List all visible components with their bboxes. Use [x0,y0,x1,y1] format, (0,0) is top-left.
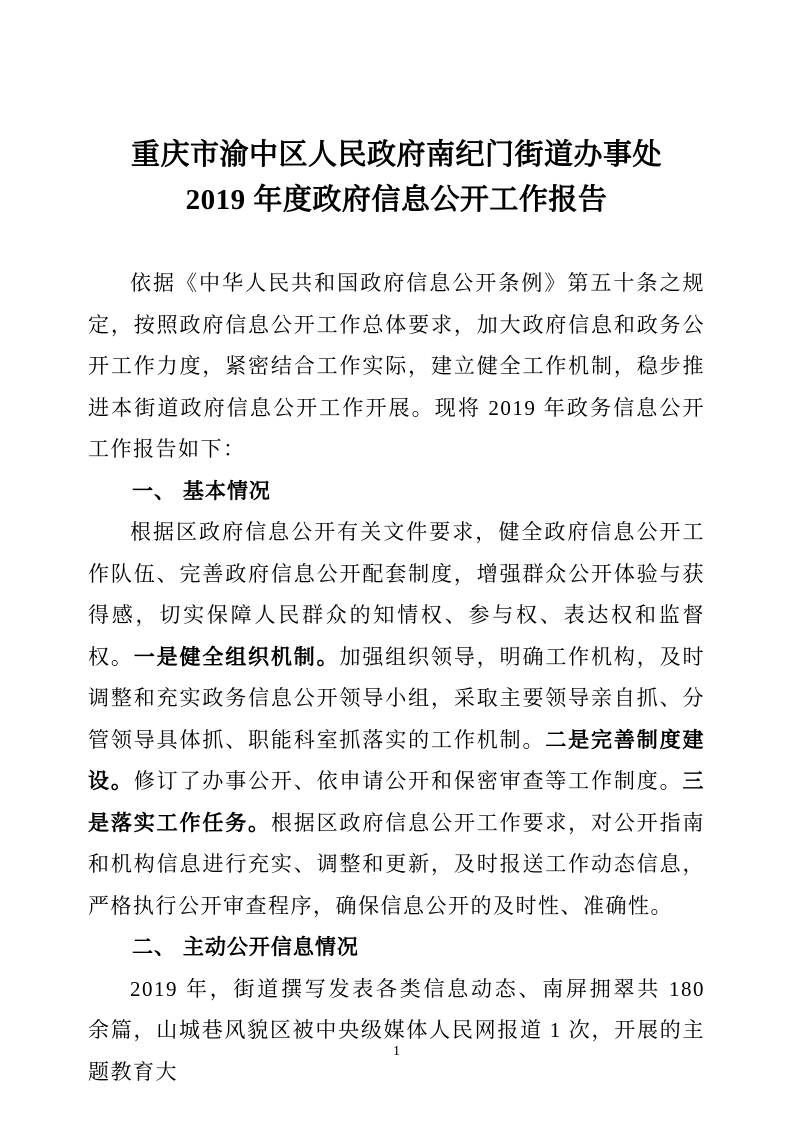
document-title: 重庆市渝中区人民政府南纪门街道办事处 2019 年度政府信息公开工作报告 [88,133,705,223]
section-1-heading: 一、 基本情况 [88,471,705,513]
section-1-heading-text: 一、 基本情况 [132,480,271,503]
section-2-paragraph: 2019 年，街道撰写发表各类信息动态、南屏拥翠共 180 余篇，山城巷风貌区被… [88,969,705,1094]
section-2-heading: 二、 主动公开信息情况 [88,927,705,969]
document-title-line-2: 2019 年度政府信息公开工作报告 [88,178,705,223]
section-1-run-4: 修订了办事公开、依申请公开和保密审查等工作制度。 [134,769,683,793]
document-content: 重庆市渝中区人民政府南纪门街道办事处 2019 年度政府信息公开工作报告 依据《… [0,0,793,1093]
page-number: 1 [0,1044,793,1060]
title-body-spacer [88,223,705,263]
section-2-paragraph-text: 2019 年，街道撰写发表各类信息动态、南屏拥翠共 180 余篇，山城巷风貌区被… [88,977,705,1084]
intro-paragraph: 依据《中华人民共和国政府信息公开条例》第五十条之规定，按照政府信息公开工作总体要… [88,263,705,471]
section-2-heading-text: 二、 主动公开信息情况 [132,936,359,959]
document-title-line-1: 重庆市渝中区人民政府南纪门街道办事处 [88,133,705,178]
section-1-paragraph: 根据区政府信息公开有关文件要求，健全政府信息公开工作队伍、完善政府信息公开配套制… [88,512,705,927]
document-page: 重庆市渝中区人民政府南纪门街道办事处 2019 年度政府信息公开工作报告 依据《… [0,0,793,1122]
intro-paragraph-text: 依据《中华人民共和国政府信息公开条例》第五十条之规定，按照政府信息公开工作总体要… [88,271,705,461]
section-1-run-1-bold: 一是健全组织机制。 [134,645,340,669]
